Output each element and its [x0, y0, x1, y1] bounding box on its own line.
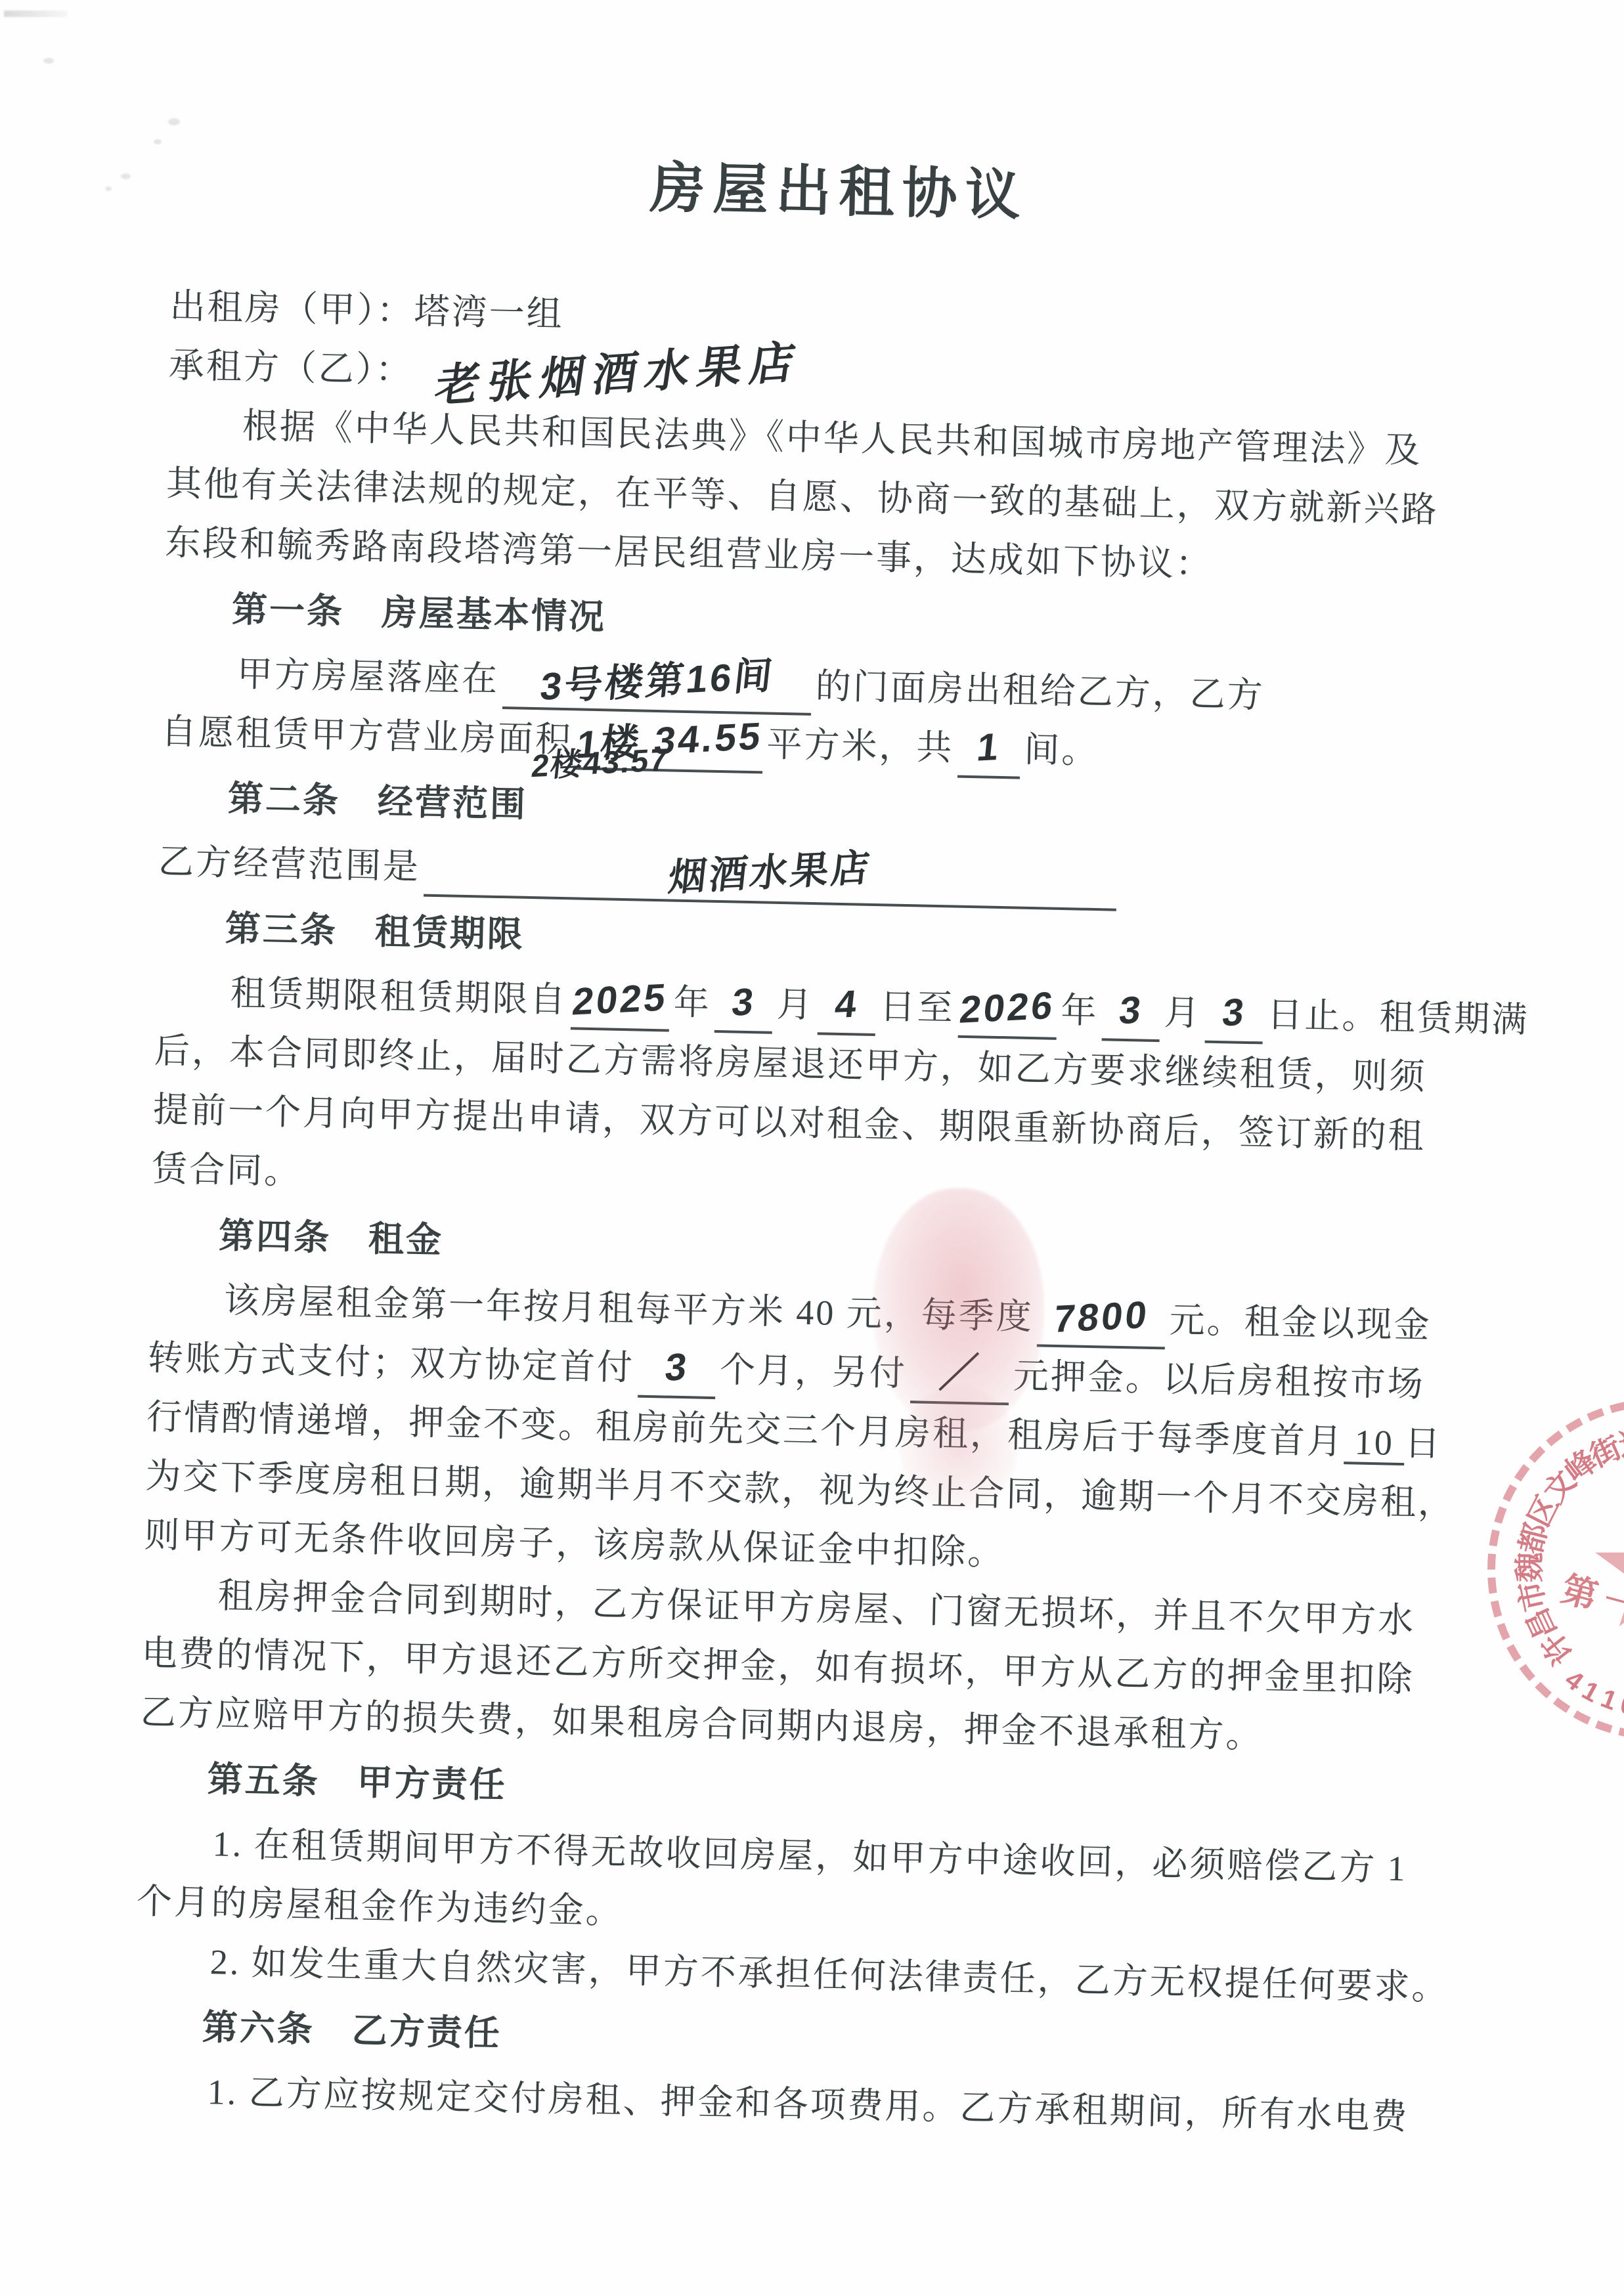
handwritten-entry: 2025 [571, 978, 670, 1021]
printed-text: 第六条 乙方责任 [202, 2008, 502, 2054]
printed-text: 1. 乙方应按规定交付房租、押金和各项费用。乙方承租期间，所有水电费 [207, 2072, 1409, 2136]
printed-text: 东段和毓秀路南段塔湾第一居民组营业房一事，达成如下协议： [165, 523, 1214, 584]
form-blank: 4 [818, 980, 877, 1036]
underlined-value: 10 [1344, 1423, 1405, 1465]
printed-text: 转账方式支付；双方协定首付 [148, 1338, 635, 1388]
printed-text: 月 [776, 985, 814, 1025]
printed-text: 赁合同。 [152, 1149, 302, 1192]
form-blank: 3 [714, 978, 774, 1034]
handwritten-entry: 1 [975, 728, 1003, 768]
printed-text: 第四条 租金 [218, 1216, 443, 1260]
handwritten-entry: 3 [663, 1348, 691, 1387]
handwritten-entry: 7800 [1052, 1296, 1151, 1339]
handwritten-entry: 2026 [958, 987, 1057, 1029]
printed-text: 甲方房屋落座在 [236, 655, 499, 699]
printed-text: 乙方经营范围是 [158, 842, 420, 886]
printed-text: 第一条 房屋基本情况 [231, 590, 606, 637]
handwritten-entry: 3 [730, 983, 758, 1022]
handwritten-entry: 3 [1117, 991, 1145, 1030]
printed-text: 自愿租赁甲方营业房面积 [161, 712, 573, 760]
printed-text: 个月的房屋租金作为违约金。 [136, 1882, 623, 1932]
printed-text: 日 [1404, 1423, 1442, 1463]
printed-text: 元。租金以现金 [1169, 1301, 1432, 1345]
printed-text: 日至 [879, 987, 955, 1028]
printed-text: 房屋出租协议 [649, 157, 1029, 227]
seal-arc-character: 魏 [1514, 1551, 1545, 1582]
form-blank: 3号楼第16间 [502, 654, 812, 716]
printed-text: 承租方（乙）： [168, 345, 413, 390]
form-blank: 3 [638, 1343, 716, 1399]
printed-text: 平方米，共 [766, 725, 954, 768]
printed-text: 元押金。以后房租按市场 [1013, 1356, 1425, 1404]
contract-body: 房屋出租协议出租房（甲）：塔湾一组承租方（乙）：老张烟酒水果店根据《中华人民共和… [0, 0, 1624, 2150]
scanned-contract-page: 房屋出租协议出租房（甲）：塔湾一组承租方（乙）：老张烟酒水果店根据《中华人民共和… [0, 0, 1624, 2296]
form-blank: 3 [1102, 986, 1161, 1042]
form-blank: 7800 [1037, 1291, 1166, 1349]
printed-text: 租赁期限租赁期限自 [230, 973, 567, 1020]
printed-text: 日止。租赁期满 [1267, 995, 1529, 1040]
handwritten-entry: 3号楼第16间 [538, 657, 777, 706]
printed-text: 第二条 经营范围 [227, 779, 527, 825]
form-blank: 1 [957, 723, 1020, 779]
handwritten-entry: 3 [1220, 993, 1248, 1032]
handwritten-entry: 4 [833, 985, 861, 1024]
seal-arc-character: 市 [1514, 1578, 1550, 1614]
handwritten-entry: 烟酒水果店 [667, 849, 874, 898]
red-fingerprint-smudge [900, 1385, 1018, 1510]
printed-text: 第五条 甲方责任 [207, 1760, 507, 1806]
red-seal-stamp: ★ 第一居 许昌市魏都区文峰街道411002 [1487, 1398, 1624, 1740]
document-title: 房屋出租协议 [172, 143, 1506, 240]
printed-text: 月 [1164, 993, 1202, 1033]
printed-text: 第三条 租赁期限 [225, 909, 525, 955]
form-blank: 3 [1205, 988, 1264, 1045]
form-blank: 2026 [958, 983, 1058, 1040]
printed-text: 年 [1061, 991, 1099, 1031]
form-blank: 2025 [571, 974, 670, 1031]
printed-text: 的门面房出租给乙方，乙方 [815, 666, 1265, 715]
handwritten-entry: 老张烟酒水果店 [432, 339, 806, 409]
printed-text: 则甲方可无条件收回房子，该房款从保证金中扣除。 [144, 1515, 1005, 1572]
printed-text: 间。 [1024, 730, 1099, 771]
printed-text: 出租房（甲）：塔湾一组 [169, 286, 564, 334]
printed-text: 年 [673, 983, 711, 1023]
form-blank: 烟酒水果店 [424, 842, 1118, 911]
handwritten-annotation: 2楼43.57 [530, 745, 670, 783]
